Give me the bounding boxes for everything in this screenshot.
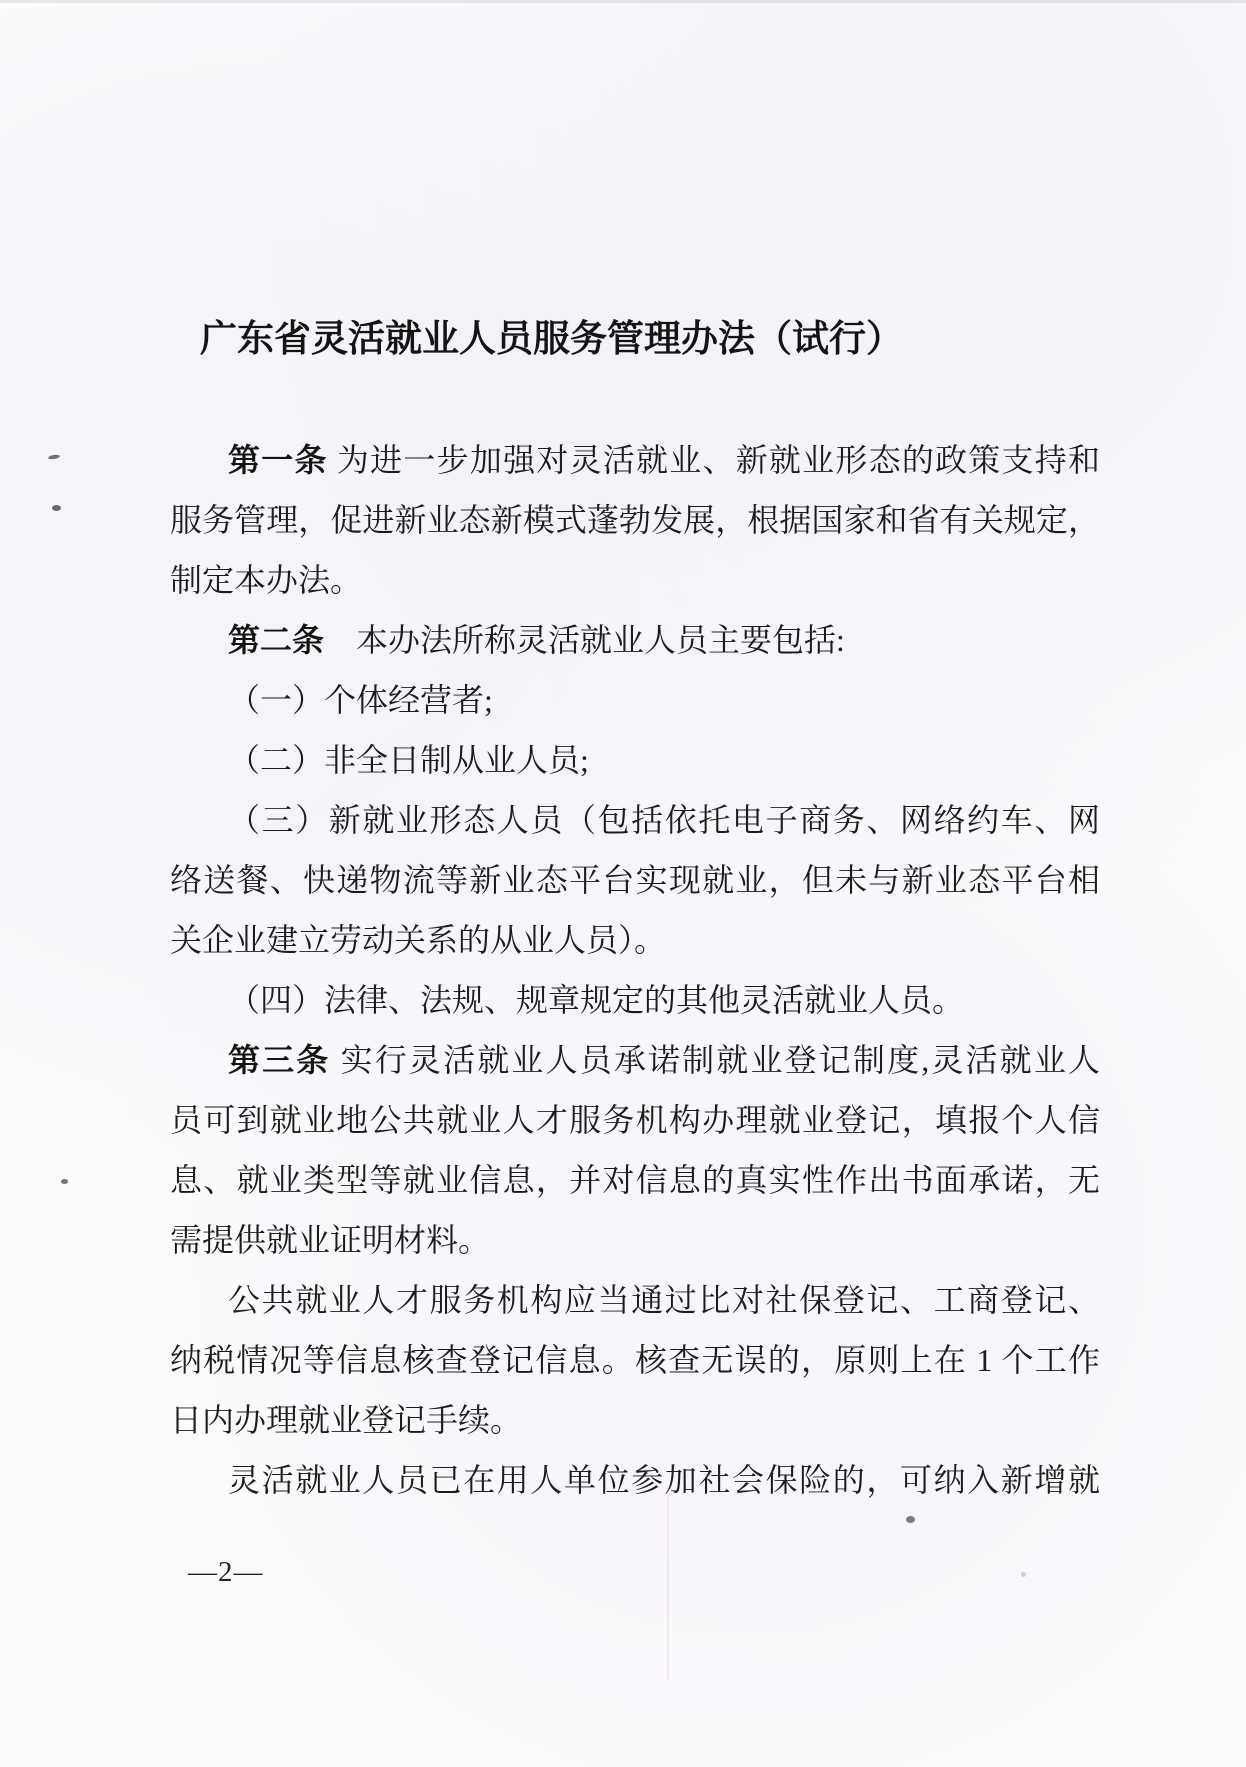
- text-line: 第二条 本办法所称灵活就业人员主要包括:: [170, 610, 1100, 670]
- scan-streak-artifact: [667, 1488, 669, 1680]
- text-line: 公共就业人才服务机构应当通过比对社保登记、工商登记、: [170, 1270, 1100, 1330]
- text-line: 灵活就业人员已在用人单位参加社会保险的，可纳入新增就: [170, 1450, 1100, 1510]
- scan-speck: [906, 1516, 915, 1523]
- line-text: 制定本办法。: [170, 562, 362, 598]
- line-text: 员可到就业地公共就业人才服务机构办理就业登记，填报个人信: [170, 1102, 1100, 1138]
- text-line: 员可到就业地公共就业人才服务机构办理就业登记，填报个人信: [170, 1090, 1100, 1150]
- line-text: 日内办理就业登记手续。: [170, 1402, 522, 1438]
- scan-speck: [1021, 1572, 1026, 1577]
- page-number: —2—: [188, 1552, 264, 1592]
- line-text: 需提供就业证明材料。: [170, 1222, 490, 1258]
- scanned-document-page: 广东省灵活就业人员服务管理办法（试行） 第一条 为进一步加强对灵活就业、新就业形…: [0, 0, 1246, 1767]
- text-line: （三）新就业形态人员（包括依托电子商务、网络约车、网: [170, 790, 1100, 850]
- line-text: 灵活就业人员已在用人单位参加社会保险的，可纳入新增就: [228, 1462, 1100, 1498]
- article-number: 第一条: [228, 442, 328, 478]
- text-line: 络送餐、快递物流等新业态平台实现就业，但未与新业态平台相: [170, 850, 1100, 910]
- text-line: 第一条 为进一步加强对灵活就业、新就业形态的政策支持和: [170, 430, 1100, 490]
- text-line: 息、就业类型等就业信息，并对信息的真实性作出书面承诺，无: [170, 1150, 1100, 1210]
- text-line: 第三条 实行灵活就业人员承诺制就业登记制度,灵活就业人: [170, 1030, 1100, 1090]
- line-text: （四）法律、法规、规章规定的其他灵活就业人员。: [228, 982, 964, 1018]
- document-content: 广东省灵活就业人员服务管理办法（试行） 第一条 为进一步加强对灵活就业、新就业形…: [170, 310, 1100, 1510]
- line-text: （二）非全日制从业人员;: [228, 742, 589, 778]
- line-text: 本办法所称灵活就业人员主要包括:: [324, 622, 845, 658]
- scan-speck: [61, 1179, 68, 1184]
- line-text: （一）个体经营者;: [228, 682, 493, 718]
- article-number: 第二条: [228, 622, 324, 658]
- line-text: 实行灵活就业人员承诺制就业登记制度,灵活就业人: [330, 1042, 1100, 1078]
- text-line: 关企业建立劳动关系的从业人员）。: [170, 910, 1100, 970]
- text-line: （四）法律、法规、规章规定的其他灵活就业人员。: [170, 970, 1100, 1030]
- line-text: （三）新就业形态人员（包括依托电子商务、网络约车、网: [228, 802, 1100, 838]
- line-text: 络送餐、快递物流等新业态平台实现就业，但未与新业态平台相: [170, 862, 1100, 898]
- text-line: 服务管理，促进新业态新模式蓬勃发展，根据国家和省有关规定，: [170, 490, 1100, 550]
- document-body: 第一条 为进一步加强对灵活就业、新就业形态的政策支持和服务管理，促进新业态新模式…: [170, 430, 1100, 1510]
- line-text: 为进一步加强对灵活就业、新就业形态的政策支持和: [328, 442, 1100, 478]
- text-line: 纳税情况等信息核查登记信息。核查无误的，原则上在 1 个工作: [170, 1330, 1100, 1390]
- document-title: 广东省灵活就业人员服务管理办法（试行）: [200, 310, 1100, 370]
- scan-edge-artifact: [0, 0, 1246, 3]
- line-text: 关企业建立劳动关系的从业人员）。: [170, 922, 666, 958]
- scan-speck: [48, 454, 60, 460]
- text-line: 制定本办法。: [170, 550, 1100, 610]
- line-text: 息、就业类型等就业信息，并对信息的真实性作出书面承诺，无: [170, 1162, 1100, 1198]
- text-line: （一）个体经营者;: [170, 670, 1100, 730]
- text-line: 日内办理就业登记手续。: [170, 1390, 1100, 1450]
- text-line: （二）非全日制从业人员;: [170, 730, 1100, 790]
- text-line: 需提供就业证明材料。: [170, 1210, 1100, 1270]
- scan-speck: [52, 505, 61, 511]
- line-text: 公共就业人才服务机构应当通过比对社保登记、工商登记、: [228, 1282, 1100, 1318]
- line-text: 纳税情况等信息核查登记信息。核查无误的，原则上在 1 个工作: [170, 1342, 1100, 1378]
- line-text: 服务管理，促进新业态新模式蓬勃发展，根据国家和省有关规定，: [170, 502, 1100, 538]
- article-number: 第三条: [228, 1042, 330, 1078]
